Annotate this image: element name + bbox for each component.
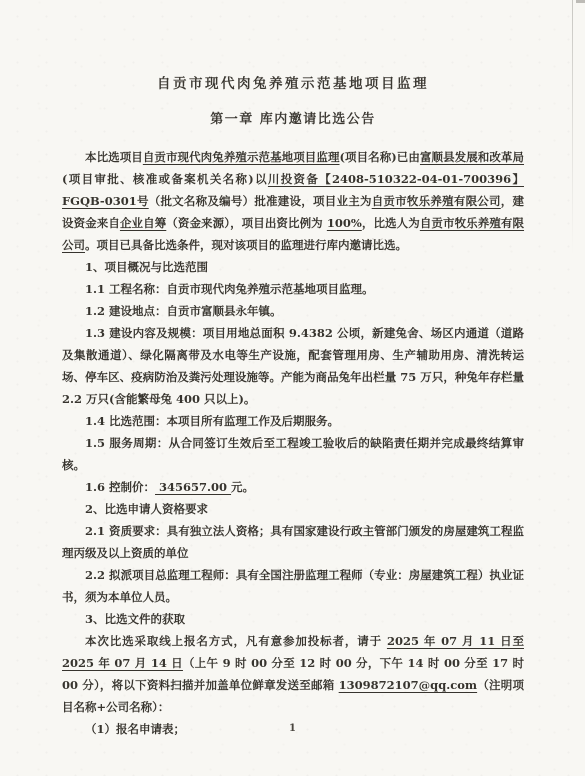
funding-source-filled: 企业自筹 xyxy=(120,216,166,230)
registration-text-1: 本次比选采取线上报名方式，凡有意参加投标者，请于 xyxy=(85,634,387,648)
project-name-filled: 自贡市现代肉兔养殖示范基地项目监理 xyxy=(143,150,340,164)
intro-text-6: （资金来源），项目出资比例为 xyxy=(166,216,327,230)
scan-corner-mark xyxy=(576,0,585,3)
item-1-1-project-name: 1.1 工程名称：自贡市现代肉兔养殖示范基地项目监理。 xyxy=(62,278,524,300)
item-1-5-service-period: 1.5 服务周期：从合同签订生效后至工程竣工验收后的缺陷责任期并完成最终结算审核… xyxy=(62,432,524,476)
control-price-value: 345657.00 xyxy=(155,480,231,494)
scanned-document-page: 自贡市现代肉兔养殖示范基地项目监理 第一章 库内邀请比选公告 本比选项目自贡市现… xyxy=(0,0,585,776)
chapter-heading: 第一章 库内邀请比选公告 xyxy=(62,110,524,130)
item-1-4-selection-scope: 1.4 比选范围：本项目所有监理工作及后期服务。 xyxy=(62,410,524,432)
project-owner-filled: 自贡市牧乐养殖有限公司 xyxy=(372,194,501,208)
item-1-6-control-price: 1.6 控制价： 345657.00 元。 xyxy=(62,476,524,498)
intro-text-8: 。项目已具备比选条件，现对该项目的监理进行库内邀请比选。 xyxy=(85,238,407,252)
page-number: 1 xyxy=(0,723,585,734)
funding-ratio-filled: 100% xyxy=(327,216,362,230)
approval-authority-filled: 富顺县发展和改革局 xyxy=(420,150,524,164)
document-body: 自贡市现代肉兔养殖示范基地项目监理 第一章 库内邀请比选公告 本比选项目自贡市现… xyxy=(0,0,585,740)
document-title: 自贡市现代肉兔养殖示范基地项目监理 xyxy=(62,74,524,94)
item-1-2-location: 1.2 建设地点：自贡市富顺县永年镇。 xyxy=(62,300,524,322)
item-1-3-scope: 1.3 建设内容及规模：项目用地总面积 9.4382 公顷，新建兔舍、场区内通道… xyxy=(62,322,524,410)
control-price-label: 1.6 控制价： xyxy=(85,480,155,494)
intro-text-4: （批文名称及编号）批准建设，项目业主为 xyxy=(149,194,372,208)
intro-text-3: (项目审批、核准或备案机关名称)以 xyxy=(62,172,268,186)
registration-email: 1309872107@qq.com xyxy=(339,678,477,692)
section-3-heading: 3、比选文件的获取 xyxy=(62,608,524,630)
section-2-heading: 2、比选申请人资格要求 xyxy=(62,498,524,520)
registration-paragraph: 本次比选采取线上报名方式，凡有意参加投标者，请于 2025 年 07 月 11 … xyxy=(62,630,524,718)
section-1-heading: 1、项目概况与比选范围 xyxy=(62,256,524,278)
intro-text-7: ，比选人为 xyxy=(362,216,420,230)
item-2-2-chief-engineer: 2.2 拟派项目总监理工程师：具有全国注册监理工程师（专业：房屋建筑工程）执业证… xyxy=(62,564,524,608)
scan-artifact-cross xyxy=(372,237,383,248)
intro-text-2: (项目名称)已由 xyxy=(340,150,420,164)
item-2-1-qualification: 2.1 资质要求：具有独立法人资格；具有国家建设行政主管部门颁发的房屋建筑工程监… xyxy=(62,520,524,564)
intro-text-1: 本比选项目 xyxy=(85,150,143,164)
scan-edge-shadow xyxy=(572,0,574,255)
control-price-unit: 元。 xyxy=(231,480,254,494)
intro-paragraph: 本比选项目自贡市现代肉兔养殖示范基地项目监理(项目名称)已由富顺县发展和改革局(… xyxy=(62,146,524,256)
